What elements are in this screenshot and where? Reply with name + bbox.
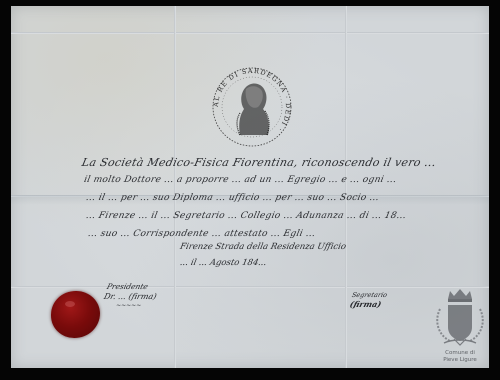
body-line-3: ... il ... per ... suo Diploma ... uffic…: [85, 193, 380, 203]
right-signature-title: Segretario: [351, 291, 388, 299]
fold-line-left: [174, 6, 176, 368]
body-line-5: ... suo ... Corrispondente ... attestato…: [87, 229, 317, 239]
seal-highlight: [65, 301, 75, 307]
body-line-1: La Società Medico-Fisica Fiorentina, ric…: [81, 156, 438, 169]
body-line-4: ... Firenze ... il ... Segretario ... Co…: [85, 211, 407, 221]
fold-line-top: [11, 32, 489, 34]
fold-line-bottom: [11, 286, 489, 288]
portrait-medallion-icon: AL RE DI SARDEGNA · DEDI ·: [210, 65, 294, 149]
left-signature-name: Dr. ... (firma): [103, 292, 158, 301]
right-signature-name: (firma): [349, 299, 383, 309]
body-line-2: il molto Dottore ... a proporre ... ad u…: [83, 175, 398, 185]
date-line: ... il ... Agosto 184...: [179, 258, 268, 268]
fold-line-right: [345, 6, 347, 368]
left-signature-title: Presidente: [106, 282, 149, 291]
left-signature-flourish: ~~~~~: [115, 302, 142, 309]
place-line: Firenze Strada della Residenza Ufficio: [179, 242, 347, 252]
watermark-caption-line1: Comune di: [430, 350, 490, 356]
coat-of-arms-crest-icon: Comune di Pieve Ligure: [430, 287, 490, 369]
watermark-caption-line2: Pieve Ligure: [430, 357, 490, 363]
